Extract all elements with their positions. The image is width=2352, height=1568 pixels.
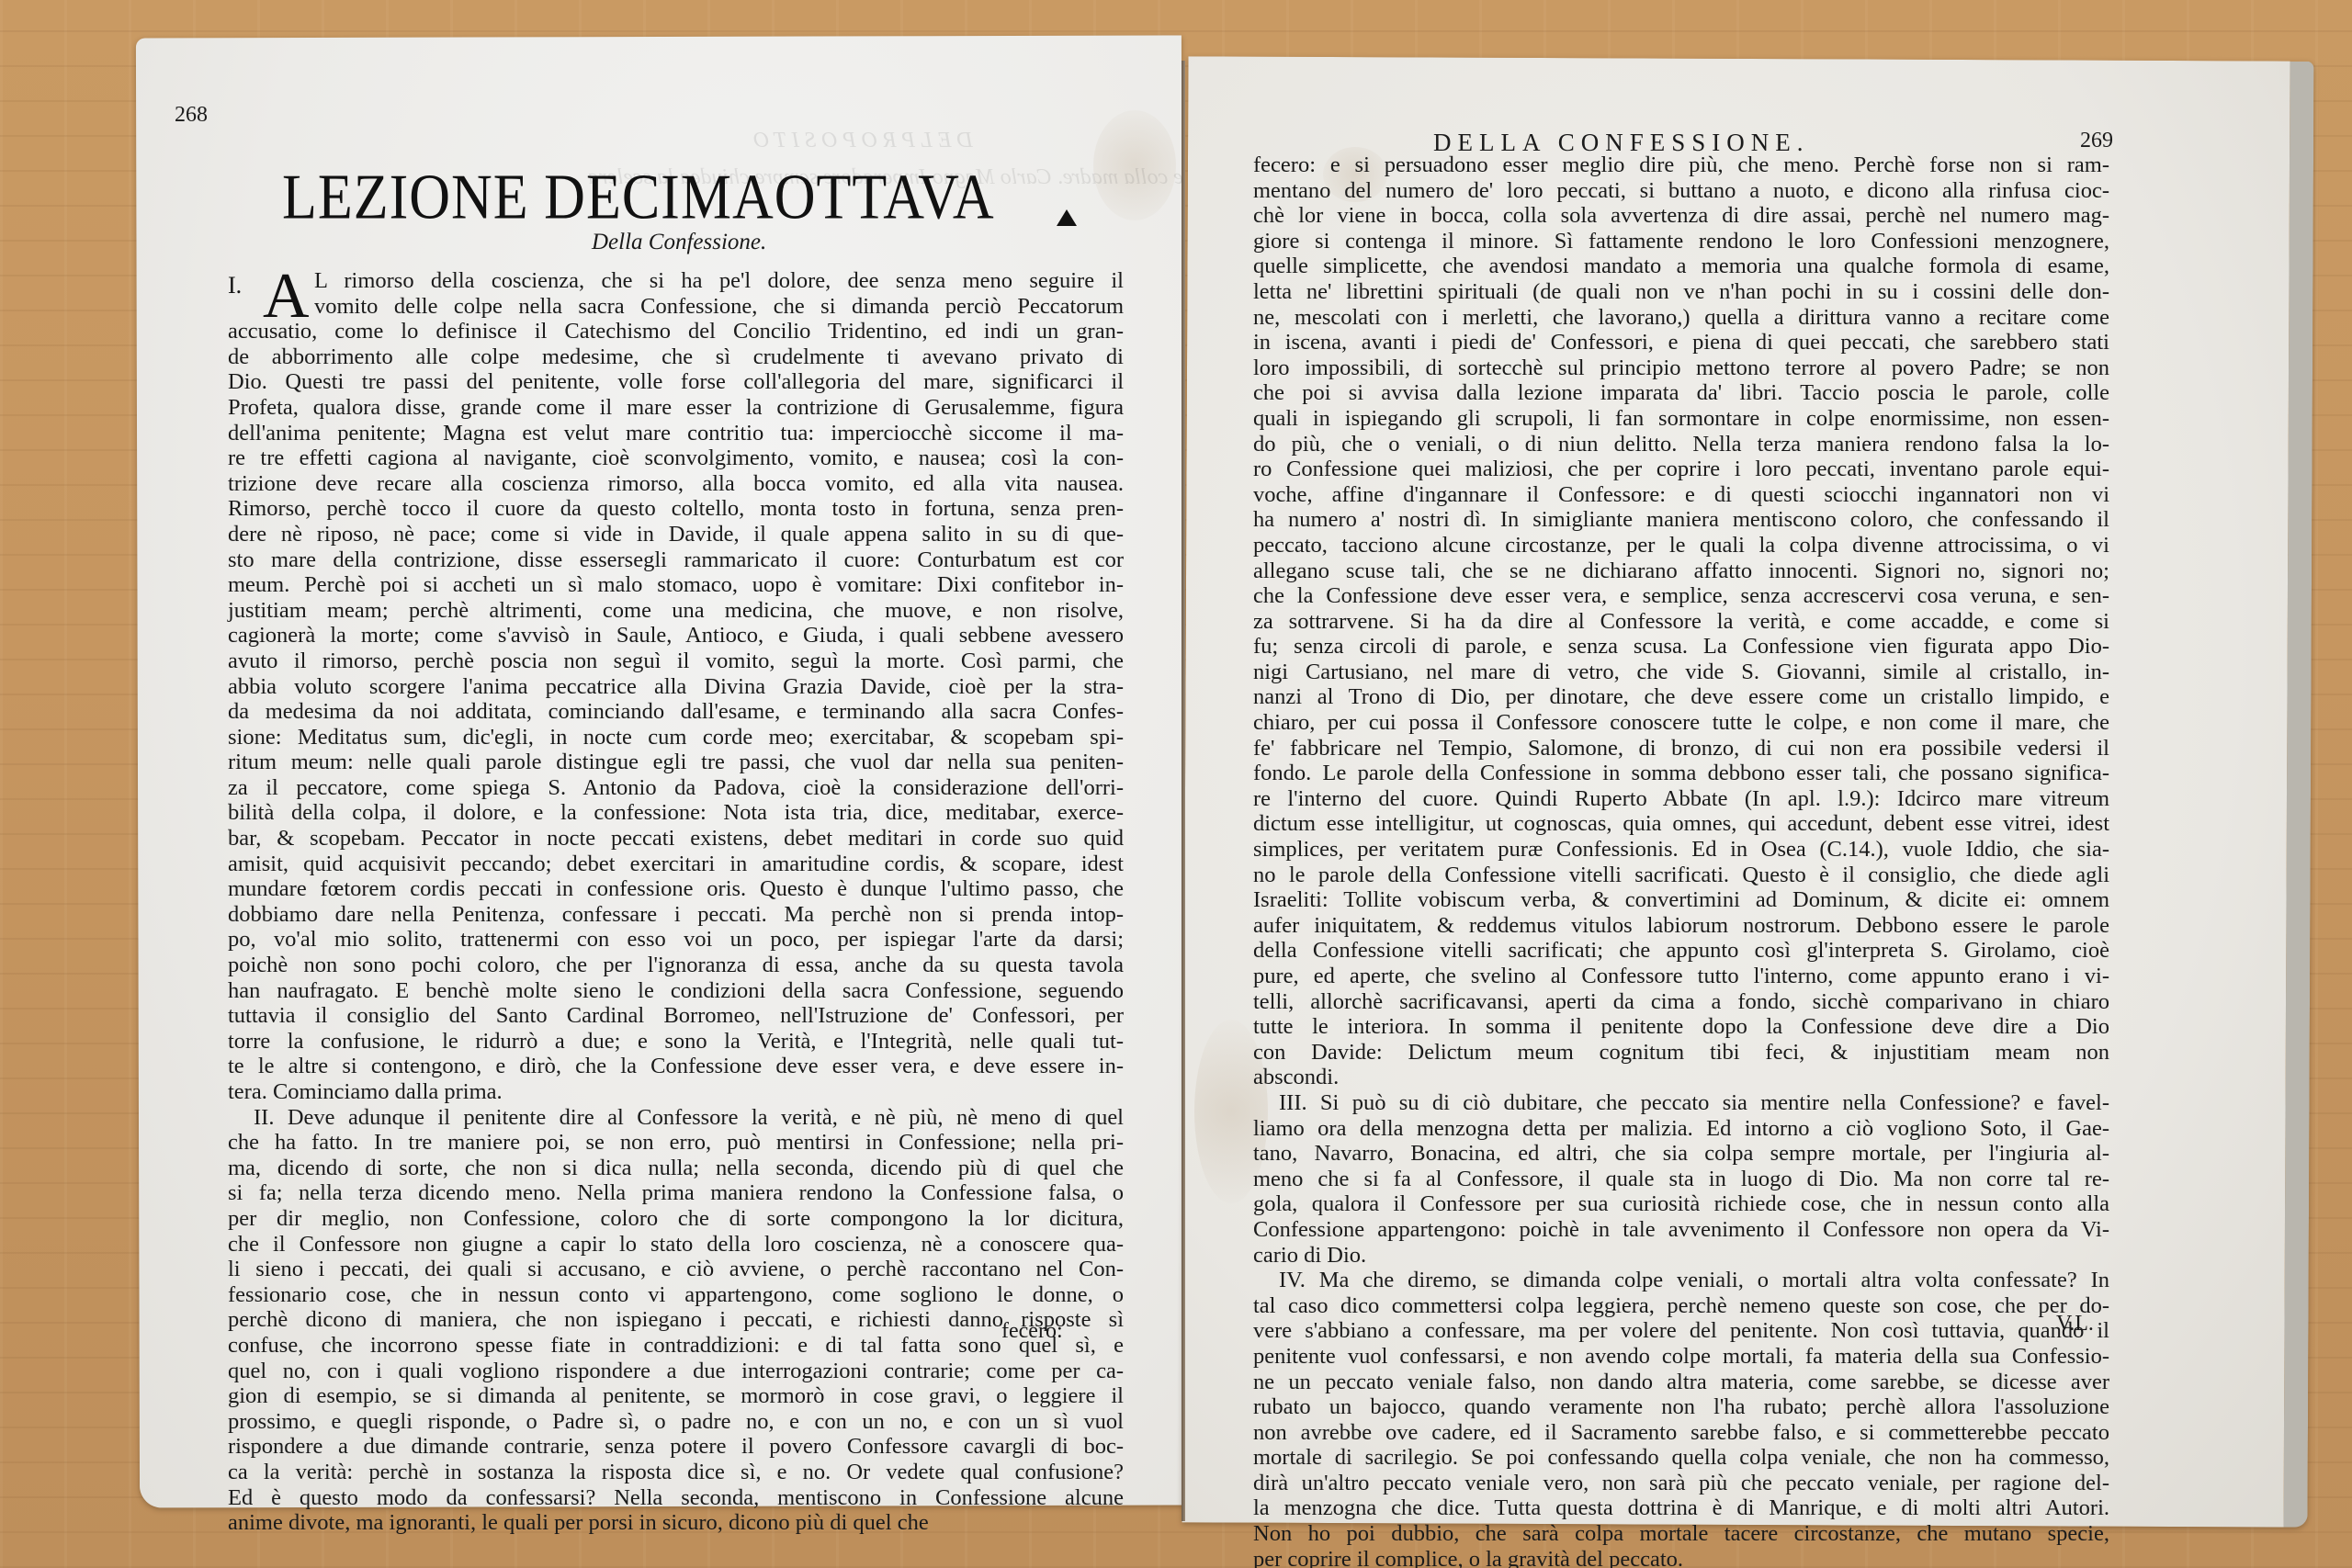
text-line: della Confessione vitelli sacrificati; c… (1253, 938, 2109, 964)
text-line: po, vo'al mio solito, trattenermi con es… (228, 927, 1124, 953)
text-line: ro Confessione quei maliziosi, che per c… (1253, 457, 2109, 482)
book-spine-gutter (1182, 61, 1185, 1521)
text-line: tuttavia il consiglio del Santo Cardinal… (228, 1003, 1124, 1029)
body-paragraphs: fecero: e si persuadono esser meglio dir… (1253, 152, 2109, 1568)
text-line: meno che si fa al Confessore, il quale s… (1253, 1167, 2109, 1192)
text-line: trizione deve recare alla coscienza rimo… (228, 471, 1124, 497)
text-line: Profeta, qualora disse, grande come il m… (228, 395, 1124, 421)
text-line: mortale di sacrilegio. Se poi confessand… (1253, 1445, 2109, 1471)
text-line: de abborrimento alle colpe medesime, che… (228, 344, 1124, 370)
text-line: che ha fatto. In tre maniere poi, se non… (228, 1130, 1124, 1156)
text-line: sto mare della contrizione, disse essers… (228, 547, 1124, 573)
text-line: nanzi al Trono di Dio, per dinotare, che… (1253, 684, 2109, 710)
text-line: gola, qualora il Confessore per sua curi… (1253, 1191, 2109, 1217)
text-line: han naufragato. E benchè molte sieno le … (228, 978, 1124, 1004)
text-line: gion di esempio, se si dimanda al penite… (228, 1383, 1124, 1409)
text-line: IV. Ma che diremo, se dimanda colpe veni… (1253, 1268, 2109, 1293)
text-line: Israeliti: Tollite vobiscum verba, & con… (1253, 887, 2109, 913)
text-line: perchè dicono di maniera, che non ispieg… (228, 1307, 1124, 1333)
text-line: loro impossibili, di sortecchè sul princ… (1253, 355, 2109, 381)
text-line: mentano del numero de' loro peccati, si … (1253, 178, 2109, 204)
text-line: pure, ed aperte, che svelino al Confesso… (1253, 964, 2109, 989)
text-line: quali in ispiegando gli scrupoli, li fan… (1253, 406, 2109, 432)
text-line: rubato un bajocco, quando veramente non … (1253, 1394, 2109, 1420)
text-line: liamo ora della menzogna detta per maliz… (1253, 1116, 2109, 1142)
text-line: chè lor viene in bocca, colla sola avver… (1253, 203, 2109, 229)
text-line: no le parole della Confessione vitelli s… (1253, 863, 2109, 888)
text-line: Non ho poi dubbio, che sarà colpa mortal… (1253, 1521, 2109, 1547)
text-line: voche, affine d'ingannare il Confessore:… (1253, 482, 2109, 508)
text-line: do più, che o veniali, o di niun delitto… (1253, 432, 2109, 457)
text-line: bar, & scopebam. Peccator in nocte pecca… (228, 826, 1124, 852)
text-line: simplices, per veritatem puræ Confession… (1253, 837, 2109, 863)
text-line: Dio. Questi tre passi del penitente, vol… (228, 369, 1124, 395)
text-line: II. Deve adunque il penitente dire al Co… (228, 1105, 1124, 1131)
text-line: in iscena, avanti i piedi de' Confessori… (1253, 330, 2109, 355)
text-line: da medesima da noi additata, cominciando… (228, 699, 1124, 725)
text-line: Rimorso, perchè tocco il cuore da questo… (228, 496, 1124, 522)
text-line: si fa; nella terza dicendo meno. Nella p… (228, 1180, 1124, 1206)
text-line: dobbiamo dare nella Penitenza, confessar… (228, 902, 1124, 928)
text-line: re l'interno del cuore. Quindi Ruperto A… (1253, 786, 2109, 812)
text-line: bilità della colpa, il dolore, e la conf… (228, 800, 1124, 826)
text-line: cario di Dio. (1253, 1243, 2109, 1269)
text-line: za il peccatore, come spiega S. Antonio … (228, 775, 1124, 801)
text-line: telli, allorchè sacrificavansi, aperti d… (1253, 989, 2109, 1015)
text-line: che la Confessione deve esser vera, e se… (1253, 583, 2109, 609)
text-line: tano, Navarro, Bonacina, ed altri, che s… (1253, 1141, 2109, 1167)
text-line: torre la confusione, le ridurrò a due; e… (228, 1029, 1124, 1055)
text-line: fessionario cose, che in nessun conto vi… (228, 1282, 1124, 1308)
text-line: giore si contenga il minore. Sì fattamen… (1253, 229, 2109, 254)
text-line: vere s'abbiano a confessare, ma per vole… (1253, 1318, 2109, 1344)
text-line: fecero: e si persuadono esser meglio dir… (1253, 152, 2109, 178)
text-line: amisit, quid acquisivit peccando; debet … (228, 852, 1124, 877)
text-line: con Davide: Delictum meum cognitum tibi … (1253, 1040, 2109, 1066)
text-line: tal caso dico commettersi colpa leggiera… (1253, 1293, 2109, 1319)
text-line: dirà un'altro peccato veniale vero, non … (1253, 1471, 2109, 1496)
text-line: chiaro, per cui possa il Confessore cono… (1253, 710, 2109, 736)
text-line: tutte le interiora. In somma il penitent… (1253, 1014, 2109, 1040)
text-line: ha numero a' nostri dì. In simigliante m… (1253, 507, 2109, 533)
lesson-subtitle: Della Confessione. (592, 230, 766, 255)
text-line: letta ne' librettini spirituali (de qual… (1253, 279, 2109, 305)
title-ornament-icon (1057, 209, 1077, 226)
text-line: aufer iniquitatem, & reddemus vitulos la… (1253, 913, 2109, 939)
text-line: ne, mescolati con i merletti, che lavora… (1253, 305, 2109, 331)
text-line: vomito delle colpe nella sacra Confessio… (228, 294, 1124, 320)
body-paragraphs: accusatio, come lo definisce il Catechis… (228, 319, 1124, 1536)
text-line: prossimo, e quegli risponde, o Padre sì,… (228, 1409, 1124, 1435)
text-line: accusatio, come lo definisce il Catechis… (228, 319, 1124, 344)
text-line: abscondi. (1253, 1065, 2109, 1090)
text-line: tera. Cominciamo dalla prima. (228, 1079, 1124, 1105)
text-line: justitiam meam; perchè altrimenti, come … (228, 598, 1124, 624)
catchword: fecero: (1001, 1319, 1063, 1344)
text-line: za sottrarvene. Si ha da dire al Confess… (1253, 609, 2109, 635)
text-line: non avrebbe ove cadere, ed il Sacramento… (1253, 1420, 2109, 1446)
text-line: quel no, con i quali vogliono rispondere… (228, 1359, 1124, 1384)
text-line: ma, dicendo di sorte, che non si dica nu… (228, 1156, 1124, 1181)
text-line: li sieno i peccati, dei quali si accusan… (228, 1257, 1124, 1282)
signature-mark: V.L. (2056, 1312, 2094, 1337)
lesson-title: LEZIONE DECIMAOTTAVA (282, 162, 995, 235)
text-line: fu; senza circoli di parole, e senza scu… (1253, 634, 2109, 660)
text-line: III. Si può su di ciò dubitare, che pecc… (1253, 1090, 2109, 1116)
text-line: avuto il rimorso, perchè poscia non segu… (228, 649, 1124, 674)
text-line: che il Confessore non giugne a capir lo … (228, 1232, 1124, 1258)
text-line: mundare fœtorem cordis peccati in confes… (228, 876, 1124, 902)
text-line: ca la verità: perchè in sostanza la risp… (228, 1460, 1124, 1485)
text-line: cagionerà la morte; come s'avvisò in Sau… (228, 623, 1124, 649)
text-line: fondo. Le parole della Confessione in so… (1253, 761, 2109, 786)
text-line: peccato, tacciono alcune circostanze, pe… (1253, 533, 2109, 558)
text-line: dictum esse intelligitur, ut cognoscas, … (1253, 811, 2109, 837)
text-line: ritum meum: nelle quali parole distingue… (228, 750, 1124, 775)
page-number-left: 268 (175, 103, 208, 128)
text-line: confuse, che incorrono spesse fiate in c… (228, 1333, 1124, 1359)
text-line: dell'anima penitente; Magna est velut ma… (228, 421, 1124, 446)
text-line: abbia voluto scorgere l'anima peccatrice… (228, 674, 1124, 700)
page-number-right: 269 (2080, 129, 2113, 153)
text-line: che poi si avvisa dalla lezione imparata… (1253, 380, 2109, 406)
text-line: Ed è questo modo da confessarsi? Nella s… (228, 1485, 1124, 1511)
text-line: dere nè riposo, nè pace; come si vide in… (228, 522, 1124, 547)
text-line: per coprire il complice, o la gravità de… (1253, 1547, 2109, 1568)
text-line: meum. Perchè poi si accheti un sì malo s… (228, 572, 1124, 598)
text-line: Confessione appartengono: poichè in tale… (1253, 1217, 2109, 1243)
open-book: D E L P R O P O S I T O e colla madre. C… (0, 0, 2352, 1568)
text-line: sione: Meditatus sum, dic'egli, in nocte… (228, 725, 1124, 750)
text-line: rispondere a due dimande contrarie, senz… (228, 1434, 1124, 1460)
text-line: ne un peccato veniale falso, non dando a… (1253, 1370, 2109, 1395)
text-line: per dir meglio, non Confessione, coloro … (228, 1206, 1124, 1232)
text-line: la menzogna che dice. Tutta questa dottr… (1253, 1495, 2109, 1521)
text-line: quelle simplicette, che avendosi mandato… (1253, 254, 2109, 279)
left-text-column: L rimorso della coscienza, che si ha pe'… (228, 268, 1124, 1536)
text-line: poichè non sono pochi coloro, che per l'… (228, 953, 1124, 978)
text-line: anime divote, ma ignoranti, le quali per… (228, 1510, 1124, 1536)
text-line: te le altre si contengono, e dirò, che l… (228, 1054, 1124, 1079)
text-line: penitente vuol confessarsi, e non avendo… (1253, 1344, 2109, 1370)
right-text-column: fecero: e si persuadono esser meglio dir… (1253, 152, 2109, 1568)
text-line: nigi Cartusiano, nel mare di vetro, che … (1253, 660, 2109, 685)
text-line: allegano scuse tali, che se ne dichiaran… (1253, 558, 2109, 584)
text-line: fe' fabbricare nel Tempio, Salomone, di … (1253, 736, 2109, 761)
text-line: L rimorso della coscienza, che si ha pe'… (228, 268, 1124, 294)
text-line: re tre effetti cagiona al navigante, cio… (228, 446, 1124, 471)
opening-lines: L rimorso della coscienza, che si ha pe'… (228, 268, 1124, 319)
